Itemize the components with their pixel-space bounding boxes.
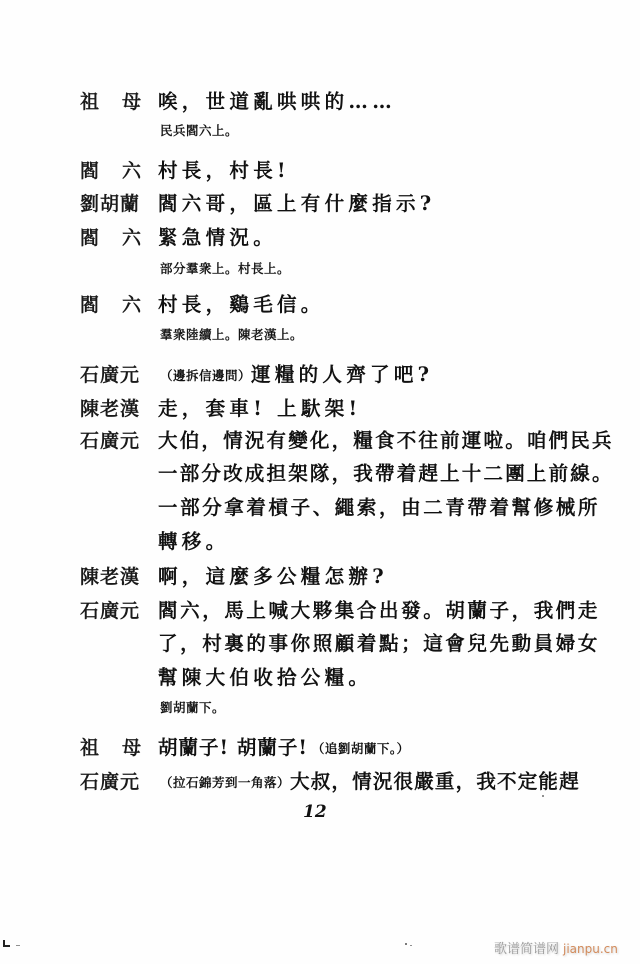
stage-direction: 羣衆陸續上。陳老漢上。 <box>160 320 303 350</box>
speaker-char: 六 <box>122 290 141 320</box>
dialogue-with-direction: （邊拆信邊問）運糧的人齊了吧? <box>160 360 433 391</box>
speaker-char: 六 <box>122 156 141 186</box>
speaker-name: 陳老漢 <box>80 562 140 592</box>
speaker-name: 石廣元 <box>80 767 140 797</box>
speaker-char: 閻 <box>80 160 99 182</box>
dialogue-text: 唉，世道亂哄哄的…… <box>158 87 396 117</box>
speech-line: 陳老漢 啊，這麼多公糧怎辦? <box>0 562 640 592</box>
continuation-line: 幫陳大伯收拾公糧。 <box>0 663 640 693</box>
dialogue-text: 走，套車! 上馱架! <box>158 394 361 424</box>
watermark-domain: jianpu.cn <box>563 942 618 956</box>
site-watermark: 歌谱简谱网jianpu.cn <box>494 937 640 961</box>
speech-line: 石廣元 大伯，情況有變化，糧食不往前運啦。咱們民兵 <box>0 426 640 456</box>
watermark-chinese: 歌谱简谱网 <box>494 942 559 957</box>
speaker-name: 石廣元 <box>80 596 140 626</box>
dialogue-text: 胡蘭子! 胡蘭子! <box>158 736 308 759</box>
dialogue-text: 啊，這麼多公糧怎辦? <box>158 562 388 592</box>
speaker-name: 石廣元 <box>80 360 140 390</box>
speaker-name: 祖母 <box>80 733 99 763</box>
speaker-char: 閻 <box>80 227 99 249</box>
speech-line: 陳老漢 走，套車! 上馱架! <box>0 394 640 424</box>
scanned-page: 祖母 唉，世道亂哄哄的…… 民兵閻六上。 閻六 村長，村長! 劉胡蘭 閻六哥，區… <box>0 0 640 964</box>
stage-direction: 民兵閻六上。 <box>160 116 238 146</box>
dialogue-text: 幫陳大伯收拾公糧。 <box>158 663 372 693</box>
dialogue-text: 轉移。 <box>158 527 229 557</box>
inline-stage-direction: （追劉胡蘭下。） <box>312 741 410 756</box>
stage-direction: 部分羣衆上。村長上。 <box>160 254 290 284</box>
dialogue-text: 一部分拿着槓子、繩索，由二青帶着幫修械所 <box>158 493 600 523</box>
dialogue-text: 大伯，情況有變化，糧食不往前運啦。咱們民兵 <box>158 426 614 456</box>
dialogue-text: 緊急情況。 <box>158 223 277 253</box>
speaker-name: 劉胡蘭 <box>80 189 140 219</box>
page-number: 12 <box>303 802 327 822</box>
dialogue-text: 村長，村長! <box>158 156 290 186</box>
speech-line: 石廣元 閻六，馬上喊大夥集合出發。胡蘭子，我們走 <box>0 596 640 626</box>
speech-line: 閻六 村長，村長! <box>0 156 640 186</box>
speaker-char: 母 <box>122 87 141 117</box>
dialogue-text: 運糧的人齊了吧? <box>251 363 433 386</box>
speaker-name: 祖母 <box>80 87 99 117</box>
dialogue-with-direction: 胡蘭子! 胡蘭子!（追劉胡蘭下。） <box>158 733 410 764</box>
speaker-char: 母 <box>122 733 141 763</box>
continuation-line: 一部分改成担架隊，我帶着趕上十二團上前線。 <box>0 459 640 489</box>
stage-direction-line: 部分羣衆上。村長上。 <box>0 254 640 284</box>
speaker-char: 祖 <box>80 91 99 113</box>
scan-artifact <box>410 945 412 946</box>
continuation-line: 了，村裏的事你照顧着點；這會兒先動員婦女 <box>0 629 640 659</box>
inline-stage-direction: （邊拆信邊問） <box>160 368 251 383</box>
speech-line: 石廣元 （邊拆信邊問）運糧的人齊了吧? <box>0 360 640 390</box>
stage-direction-line: 羣衆陸續上。陳老漢上。 <box>0 320 640 350</box>
speech-line: 閻六 緊急情況。 <box>0 223 640 253</box>
dialogue-text: 村長，鷄毛信。 <box>158 290 325 320</box>
stage-direction: 劉胡蘭下。 <box>160 693 225 723</box>
speech-line: 祖母 唉，世道亂哄哄的…… <box>0 87 640 117</box>
speaker-name: 石廣元 <box>80 426 140 456</box>
speaker-name: 陳老漢 <box>80 394 140 424</box>
speech-line: 劉胡蘭 閻六哥，區上有什麼指示? <box>0 189 640 219</box>
speaker-name: 閻六 <box>80 223 99 253</box>
dialogue-with-direction: （拉石錦芳到一角落）大叔，情況很嚴重，我不定能趕 <box>160 767 580 798</box>
speaker-char: 祖 <box>80 737 99 759</box>
dialogue-text: 大叔，情況很嚴重，我不定能趕 <box>290 770 580 793</box>
stage-direction-line: 民兵閻六上。 <box>0 116 640 146</box>
scan-artifact <box>542 795 544 797</box>
speech-line: 閻六 村長，鷄毛信。 <box>0 290 640 320</box>
dialogue-text: 閻六，馬上喊大夥集合出發。胡蘭子，我們走 <box>158 596 600 626</box>
dialogue-text: 閻六哥，區上有什麼指示? <box>158 189 436 219</box>
speaker-char: 六 <box>122 223 141 253</box>
scan-artifact <box>405 943 407 945</box>
continuation-line: 一部分拿着槓子、繩索，由二青帶着幫修械所 <box>0 493 640 523</box>
continuation-line: 轉移。 <box>0 527 640 557</box>
dialogue-text: 了，村裏的事你照顧着點；這會兒先動員婦女 <box>158 629 600 659</box>
speaker-char: 閻 <box>80 294 99 316</box>
stage-direction-line: 劉胡蘭下。 <box>0 693 640 723</box>
speech-line: 石廣元 （拉石錦芳到一角落）大叔，情況很嚴重，我不定能趕 <box>0 767 640 797</box>
dialogue-text: 一部分改成担架隊，我帶着趕上十二團上前線。 <box>158 459 614 489</box>
scan-artifact <box>16 945 20 946</box>
speaker-name: 閻六 <box>80 290 99 320</box>
scan-artifact <box>3 945 10 947</box>
speech-line: 祖母 胡蘭子! 胡蘭子!（追劉胡蘭下。） <box>0 733 640 763</box>
speaker-name: 閻六 <box>80 156 99 186</box>
inline-stage-direction: （拉石錦芳到一角落） <box>160 775 290 790</box>
